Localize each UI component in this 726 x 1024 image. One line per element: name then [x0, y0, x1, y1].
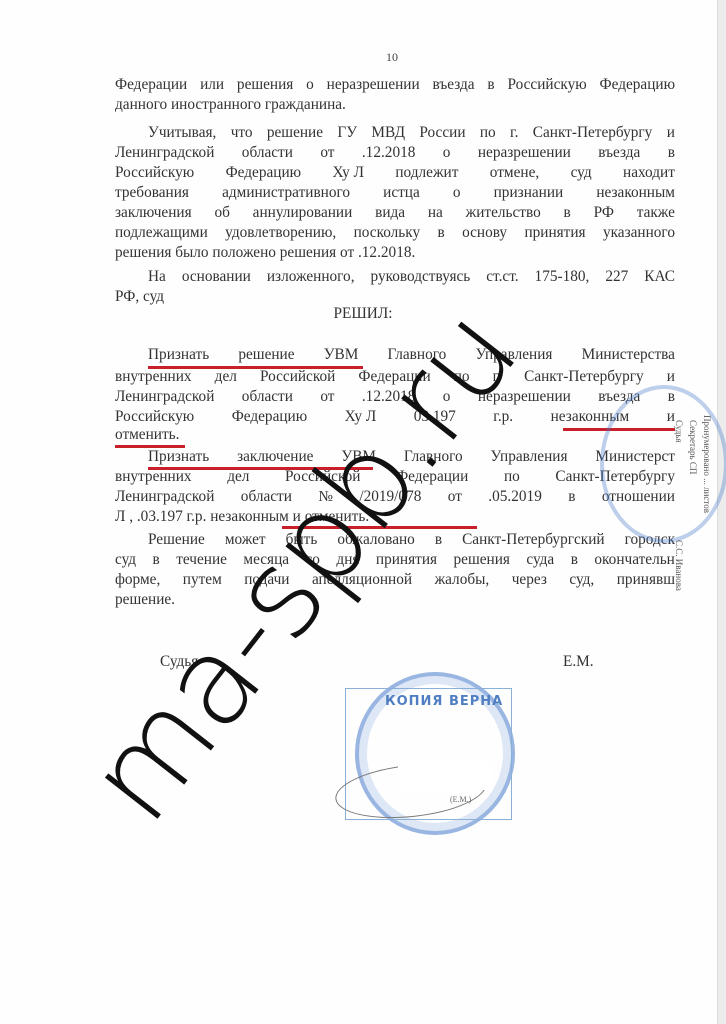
- word: 227: [605, 267, 628, 287]
- word: указанного: [603, 223, 675, 243]
- word: о: [443, 143, 451, 163]
- word: и: [667, 123, 675, 143]
- word: в: [571, 550, 578, 570]
- word: .05.2019: [488, 487, 542, 507]
- word: дел: [227, 467, 249, 487]
- text-line: данного иностранного гражданина.: [115, 95, 675, 115]
- word: принявш: [617, 570, 675, 590]
- redaction: [398, 762, 493, 790]
- text-line: Учитывая,чторешениеГУМВДРоссиипог.Санкт-…: [148, 123, 675, 143]
- word: Ленинградской: [115, 387, 214, 407]
- word: от: [320, 387, 334, 407]
- word: г.: [510, 123, 518, 143]
- word: жалобы,: [435, 570, 490, 590]
- word: и: [667, 367, 675, 387]
- word: УВМ: [324, 345, 359, 365]
- word: подлежащими: [115, 223, 208, 243]
- word: признании: [494, 183, 564, 203]
- text-line: ФедерацииилирешенияонеразрешениивъездавР…: [115, 75, 675, 95]
- word: незаконным: [596, 183, 675, 203]
- word: по: [480, 123, 496, 143]
- word: по: [504, 467, 520, 487]
- word: в: [438, 223, 445, 243]
- word: Санкт-Петербургу: [533, 123, 653, 143]
- word: Ленинградской: [115, 487, 214, 507]
- word: Российскую: [115, 407, 194, 427]
- page-number: 10: [386, 50, 398, 65]
- word: внутренних: [115, 467, 192, 487]
- word: что: [231, 123, 253, 143]
- word: или: [200, 75, 224, 95]
- word: Российскую: [115, 163, 194, 183]
- word: области: [242, 387, 293, 407]
- word: Учитывая,: [148, 123, 216, 143]
- word: в: [487, 75, 494, 95]
- word: основании: [182, 267, 251, 287]
- word: решения: [237, 75, 293, 95]
- word: суда: [526, 550, 554, 570]
- word: Признать: [148, 345, 209, 365]
- word: вида: [375, 203, 405, 223]
- word: в: [153, 550, 160, 570]
- word: в: [668, 143, 675, 163]
- word: жительство: [466, 203, 541, 223]
- word: Федерацию: [600, 75, 675, 95]
- text-line: РФ, суд: [115, 287, 675, 307]
- word: через: [512, 570, 547, 590]
- text-line: решения было положено решения от .12.201…: [115, 243, 675, 263]
- document-page: 10 Федерацииилирешенияонеразрешениивъезд…: [0, 0, 726, 1024]
- margin-note: Судья: [674, 420, 684, 443]
- word: Ленинградской: [115, 143, 214, 163]
- word: Федерации: [115, 75, 187, 95]
- word: ст.ст.: [486, 267, 518, 287]
- word: Управления: [491, 447, 568, 467]
- text-line: Ленинградскойобластиот.12.2018онеразреше…: [115, 143, 675, 163]
- word: неразрешении: [327, 75, 420, 95]
- word: об: [214, 203, 229, 223]
- word: Федерацию: [226, 163, 301, 183]
- word: Российскую: [507, 75, 586, 95]
- word: в: [568, 487, 575, 507]
- word: РФ: [594, 203, 614, 223]
- word: неразрешении: [478, 143, 571, 163]
- word: Российской: [260, 367, 335, 387]
- word: истца: [383, 183, 420, 203]
- word: России: [419, 123, 465, 143]
- word: на: [428, 203, 443, 223]
- decision-heading: РЕШИЛ:: [0, 305, 726, 323]
- word: аннулировании: [253, 203, 353, 223]
- word: поскольку: [354, 223, 421, 243]
- word: Признать: [148, 447, 209, 467]
- judge-name: Е.М.: [563, 652, 663, 672]
- text-line: Наоснованииизложенного,руководствуясьст.…: [148, 267, 675, 287]
- word: решение: [238, 345, 294, 365]
- word: суд: [115, 550, 136, 570]
- word: дел: [215, 367, 237, 387]
- word: ГУ: [337, 123, 357, 143]
- word: принятия: [524, 223, 585, 243]
- word: Решение: [148, 530, 205, 550]
- word: заключения: [115, 203, 192, 223]
- word: суд,: [569, 570, 594, 590]
- word: в: [564, 203, 571, 223]
- stamp-signer: (Е.М.): [450, 795, 471, 804]
- word: решения: [454, 550, 510, 570]
- text-line: РоссийскуюФедерациюХу Лподлежитотмене,су…: [115, 163, 675, 183]
- word: административного: [222, 183, 350, 203]
- word: На: [148, 267, 166, 287]
- text-line: требованияадминистративногоистцаопризнан…: [115, 183, 675, 203]
- margin-note: Секретарь СП: [688, 420, 698, 474]
- word: о: [306, 75, 314, 95]
- word: окончательн: [594, 550, 675, 570]
- word: решение: [267, 123, 323, 143]
- word: отмене,: [490, 163, 539, 183]
- word: удовлетворению,: [225, 223, 336, 243]
- word: области: [242, 143, 293, 163]
- word: Ху Л: [332, 163, 364, 183]
- word: въезда: [433, 75, 475, 95]
- word: внутренних: [115, 367, 192, 387]
- word: Федерацию: [232, 407, 307, 427]
- word: МВД: [371, 123, 405, 143]
- word: также: [637, 203, 675, 223]
- margin-note: С.С. Иванова: [674, 540, 684, 591]
- word: .12.2018: [362, 143, 416, 163]
- word: изложенного,: [267, 267, 355, 287]
- margin-note: Пронумеровано ... листов: [702, 415, 712, 513]
- page-edge: [717, 0, 726, 1024]
- word: КАС: [644, 267, 675, 287]
- text-line: подлежащимиудовлетворению,посколькувосно…: [115, 223, 675, 243]
- word: о: [453, 183, 461, 203]
- word: 175-180,: [535, 267, 590, 287]
- word: руководствуясь: [371, 267, 471, 287]
- stamp-title: КОПИЯ ВЕРНА: [385, 694, 503, 709]
- word: в: [435, 530, 442, 550]
- word: въезда: [598, 143, 640, 163]
- word: находит: [623, 163, 675, 183]
- word: основу: [462, 223, 507, 243]
- text-line: заключенияобаннулированиивиданажительств…: [115, 203, 675, 223]
- word: подлежит: [395, 163, 458, 183]
- word: суд: [571, 163, 592, 183]
- word: Министерства: [582, 345, 675, 365]
- word: от: [320, 143, 334, 163]
- word: форме,: [115, 570, 160, 590]
- word: требования: [115, 183, 189, 203]
- word: Санкт-Петербургский: [462, 530, 605, 550]
